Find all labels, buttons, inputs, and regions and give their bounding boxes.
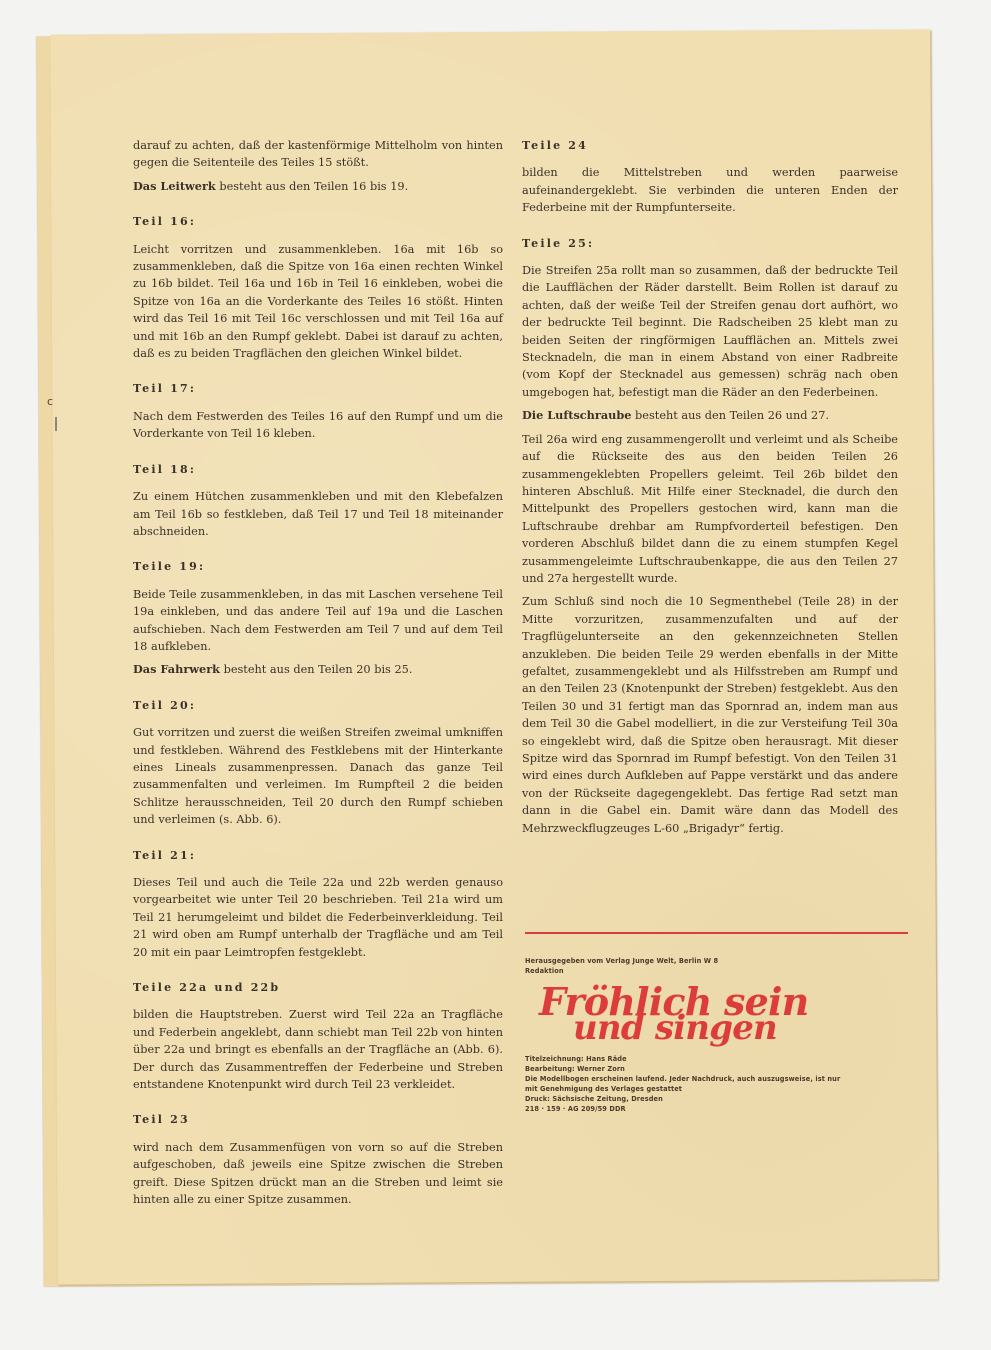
section-intro: Das Fahrwerk besteht aus den Teilen 20 b…	[133, 661, 503, 678]
section-heading: Teile 19:	[133, 558, 503, 575]
section-intro-text: besteht aus den Teilen 16 bis 19.	[216, 180, 408, 193]
instruction-paragraph: wird nach dem Zusammenfügen von vorn so …	[133, 1139, 503, 1209]
section-intro: Das Leitwerk besteht aus den Teilen 16 b…	[133, 178, 503, 195]
right-column: Teile 24bilden die Mittelstreben und wer…	[522, 137, 898, 843]
credits: Titelzeichnung: Hans Räde Bearbeitung: W…	[525, 1054, 910, 1114]
instruction-paragraph: Gut vorritzen und zuerst die weißen Stre…	[133, 724, 503, 828]
section-heading: Teil 17:	[133, 380, 503, 397]
section-intro-title: Das Fahrwerk	[133, 662, 220, 676]
section-heading: Teil 16:	[133, 213, 503, 230]
section-heading: Teile 25:	[522, 235, 898, 252]
credit-line: mit Genehmigung des Verlages gestattet	[525, 1084, 910, 1094]
series-logo: Fröhlich sein und singen	[539, 988, 910, 1042]
section-heading: Teile 24	[522, 137, 898, 154]
instruction-paragraph: bilden die Hauptstreben. Zuerst wird Tei…	[133, 1006, 503, 1093]
instruction-paragraph: Zum Schluß sind noch die 10 Segmenthebel…	[522, 593, 898, 837]
publisher-footer: Herausgegeben vom Verlag Junge Welt, Ber…	[525, 932, 910, 1114]
instruction-paragraph: Nach dem Festwerden des Teiles 16 auf de…	[133, 408, 503, 443]
instruction-paragraph: bilden die Mittelstreben und werden paar…	[522, 164, 898, 216]
editorial-line: Redaktion	[525, 966, 910, 976]
instruction-paragraph: Teil 26a wird eng zusammengerollt und ve…	[522, 431, 898, 588]
credit-line: Druck: Sächsische Zeitung, Dresden	[525, 1094, 910, 1104]
instruction-paragraph: Die Streifen 25a rollt man so zusammen, …	[522, 262, 898, 401]
section-intro-text: besteht aus den Teilen 26 und 27.	[631, 409, 829, 422]
section-intro-title: Die Luftschraube	[522, 408, 631, 422]
section-heading: Teil 18:	[133, 461, 503, 478]
publisher-line: Herausgegeben vom Verlag Junge Welt, Ber…	[525, 956, 910, 966]
credit-line: 218 · 159 · AG 209/59 DDR	[525, 1104, 910, 1114]
red-divider	[525, 932, 908, 934]
instruction-paragraph: Beide Teile zusammenkleben, in das mit L…	[133, 586, 503, 656]
instruction-paragraph: Zu einem Hütchen zusammenkleben und mit …	[133, 488, 503, 540]
section-intro-text: besteht aus den Teilen 20 bis 25.	[220, 663, 412, 676]
instruction-paragraph: darauf zu achten, daß der kastenförmige …	[133, 137, 503, 172]
credit-line: Die Modellbogen erscheinen laufend. Jede…	[525, 1074, 910, 1084]
edge-tick	[55, 417, 57, 431]
instruction-paragraph: Leicht vorritzen und zusammenkleben. 16a…	[133, 241, 503, 363]
section-intro-title: Das Leitwerk	[133, 179, 216, 193]
section-intro: Die Luftschraube besteht aus den Teilen …	[522, 407, 898, 424]
section-heading: Teil 21:	[133, 847, 503, 864]
instruction-paragraph: Dieses Teil und auch die Teile 22a und 2…	[133, 874, 503, 961]
edge-mark: c	[47, 395, 53, 408]
section-heading: Teil 20:	[133, 697, 503, 714]
section-heading: Teil 23	[133, 1111, 503, 1128]
section-heading: Teile 22a und 22b	[133, 979, 503, 996]
credit-line: Titelzeichnung: Hans Räde	[525, 1054, 910, 1064]
logo-line-2: und singen	[573, 1015, 910, 1042]
credit-line: Bearbeitung: Werner Zorn	[525, 1064, 910, 1074]
left-column: darauf zu achten, daß der kastenförmige …	[133, 137, 503, 1215]
